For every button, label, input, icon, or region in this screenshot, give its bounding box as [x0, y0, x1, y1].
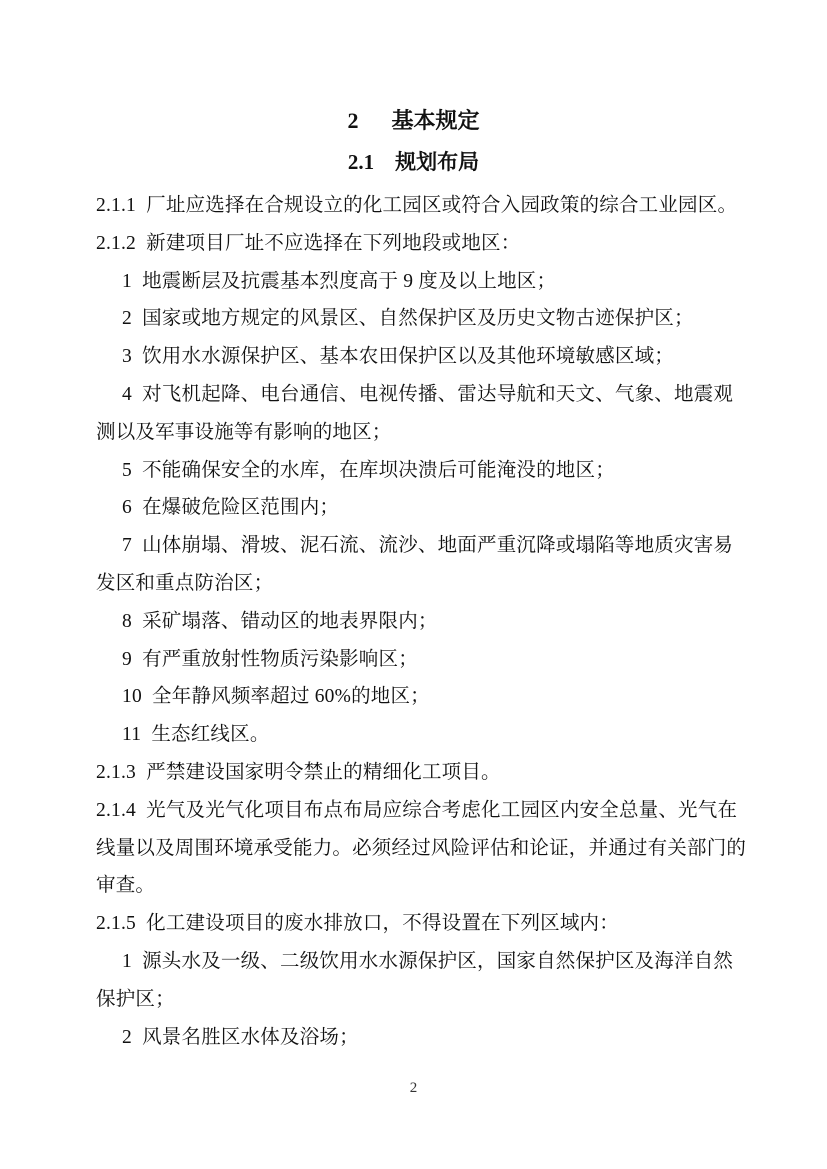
text-line: 8 采矿塌落、错动区的地表界限内； [96, 603, 736, 641]
text-line: 1 地震断层及抗震基本烈度高于 9 度及以上地区； [96, 263, 736, 301]
text-line: 1 源头水及一级、二级饮用水水源保护区，国家自然保护区及海洋自然 [96, 943, 736, 981]
text-line: 10 全年静风频率超过 60%的地区； [96, 678, 736, 716]
document-body: 2.1.1 厂址应选择在合规设立的化工园区或符合入园政策的综合工业园区。2.1.… [96, 187, 736, 1056]
text-line: 3 饮用水水源保护区、基本农田保护区以及其他环境敏感区域； [96, 338, 736, 376]
text-line: 审查。 [96, 867, 736, 905]
text-line: 2 风景名胜区水体及浴场； [96, 1019, 736, 1057]
text-line: 线量以及周围环境承受能力。必须经过风险评估和论证，并通过有关部门的 [96, 830, 736, 868]
page-number: 2 [0, 1080, 827, 1097]
text-line: 测以及军事设施等有影响的地区； [96, 414, 736, 452]
text-line: 2.1.5 化工建设项目的废水排放口，不得设置在下列区域内： [96, 905, 736, 943]
text-line: 保护区； [96, 981, 736, 1019]
text-line: 2.1.1 厂址应选择在合规设立的化工园区或符合入园政策的综合工业园区。 [96, 187, 736, 225]
text-line: 发区和重点防治区； [96, 565, 736, 603]
text-line: 7 山体崩塌、滑坡、泥石流、流沙、地面严重沉降或塌陷等地质灾害易 [96, 527, 736, 565]
text-line: 2.1.2 新建项目厂址不应选择在下列地段或地区： [96, 225, 736, 263]
text-line: 2.1.4 光气及光气化项目布点布局应综合考虑化工园区内安全总量、光气在 [96, 792, 736, 830]
text-line: 6 在爆破危险区范围内； [96, 489, 736, 527]
text-line: 2 国家或地方规定的风景区、自然保护区及历史文物古迹保护区； [96, 300, 736, 338]
section-heading: 2.1 规划布局 [0, 149, 827, 176]
text-line: 5 不能确保安全的水库，在库坝决溃后可能淹没的地区； [96, 452, 736, 490]
text-line: 2.1.3 严禁建设国家明令禁止的精细化工项目。 [96, 754, 736, 792]
chapter-heading: 2 基本规定 [0, 107, 827, 135]
text-line: 11 生态红线区。 [96, 716, 736, 754]
document-page: 2 基本规定 2.1 规划布局 2.1.1 厂址应选择在合规设立的化工园区或符合… [0, 0, 827, 1169]
text-line: 4 对飞机起降、电台通信、电视传播、雷达导航和天文、气象、地震观 [96, 376, 736, 414]
text-line: 9 有严重放射性物质污染影响区； [96, 641, 736, 679]
